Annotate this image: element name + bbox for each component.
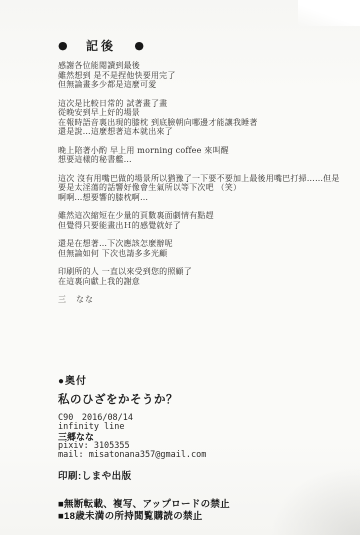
scanned-afterword-page: ● 記後 ● 感謝各位能閲讀到最後 雖然想到 是不是捏他快要用完了 但無論畫多少… [0, 0, 360, 535]
circle-name: infinity line [58, 423, 358, 432]
afterword-line: 晚上陪著小酌 早上用 morning coffee 來叫醒 [58, 146, 358, 156]
colophon-label: ●奥付 [58, 372, 358, 387]
printer-credit: 印刷:しまや出版 [58, 468, 358, 482]
notice-age-restriction: ■18歳未満の所持閲覧購読の禁止 [58, 511, 358, 523]
mail-address: mail: misatonana357@gmail.com [58, 451, 358, 460]
afterword-paragraph: 印刷所的人 一直以來受到您的照顧了 在這裏向獻上我的謝意 [58, 267, 358, 286]
colophon-section: ●奥付 私のひざをかそうか？ C90 2016/08/14 infinity l… [58, 372, 358, 522]
afterword-line: 但覺得只要能畫出Ｈ的感覺就好了 [58, 221, 358, 231]
afterword-line: 雖然這次縮短在少量的頁數裏面劇情有點趕 [58, 211, 358, 221]
afterword-paragraph: 晚上陪著小酌 早上用 morning coffee 來叫醒 想要這樣的秘書艦… [58, 146, 358, 165]
afterword-paragraph: 這次 沒有用嘴巴做的場景所以猶豫了一下要不要加上最後用嘴巴打掃……但是 要是太淫… [58, 174, 358, 203]
afterword-line: 這次是比較日常的 試著畫了畫 [58, 99, 358, 109]
afterword-line: 啊啊…想要響的膝枕啊… [58, 193, 358, 203]
bullet-icon: ● [58, 40, 68, 51]
afterword-paragraph: 感謝各位能閲讀到最後 雖然想到 是不是捏他快要用完了 但無論畫多少都是這麼可愛 [58, 61, 358, 90]
book-title: 私のひざをかそうか？ [58, 391, 358, 407]
afterword-paragraph: 還是在想著…下次應該怎麼辦呢 但無論如何 下次也請多多光顧 [58, 239, 358, 258]
afterword-paragraph: 雖然這次縮短在少量的頁數裏面劇情有點趕 但覺得只要能畫出Ｈ的感覺就好了 [58, 211, 358, 230]
afterword-title: 記後 [86, 37, 116, 54]
afterword-line: 但無論如何 下次也請多多光顧 [58, 249, 358, 259]
afterword-paragraph: 這次是比較日常的 試著畫了畫 從晚安到早上好的場景 在報時語音裏出現的膝枕 到底… [58, 99, 358, 137]
author-signature: 三 なな [58, 295, 358, 305]
afterword-line: 還是說…這麼想著這本就出來了 [58, 127, 358, 137]
legal-notices: ■無断転載、複写、アップロードの禁止 ■18歳未満の所持閲覧購読の禁止 [58, 499, 358, 522]
afterword-line: 在報時語音裏出現的膝枕 到底臉朝向哪邊才能讓我睡著 [58, 118, 358, 128]
bullet-icon: ● [134, 40, 144, 51]
afterword-body: 感謝各位能閲讀到最後 雖然想到 是不是捏他快要用完了 但無論畫多少都是這麼可愛 … [58, 61, 358, 305]
afterword-line: 想要這樣的秘書艦… [58, 155, 358, 165]
scan-edge-artifact [298, 0, 360, 26]
afterword-line: 還是在想著…下次應該怎麼辦呢 [58, 239, 358, 249]
afterword-line: 但無論畫多少都是這麼可愛 [58, 80, 358, 90]
afterword-line: 從晚安到早上好的場景 [58, 108, 358, 118]
notice-no-reproduction: ■無断転載、複写、アップロードの禁止 [58, 499, 358, 511]
colophon-meta: C90 2016/08/14 infinity line 三郷なな pixiv:… [58, 414, 358, 460]
afterword-line: 在這裏向獻上我的謝意 [58, 277, 358, 287]
afterword-line: 要是太淫蕩的話響好像會生氣所以等下次吧 （笑） [58, 183, 358, 193]
afterword-header: ● 記後 ● [58, 37, 144, 54]
afterword-line: 印刷所的人 一直以來受到您的照顧了 [58, 267, 358, 277]
afterword-line: 雖然想到 是不是捏他快要用完了 [58, 71, 358, 81]
afterword-line: 這次 沒有用嘴巴做的場景所以猶豫了一下要不要加上最後用嘴巴打掃……但是 [58, 174, 358, 184]
afterword-line: 感謝各位能閲讀到最後 [58, 61, 358, 71]
